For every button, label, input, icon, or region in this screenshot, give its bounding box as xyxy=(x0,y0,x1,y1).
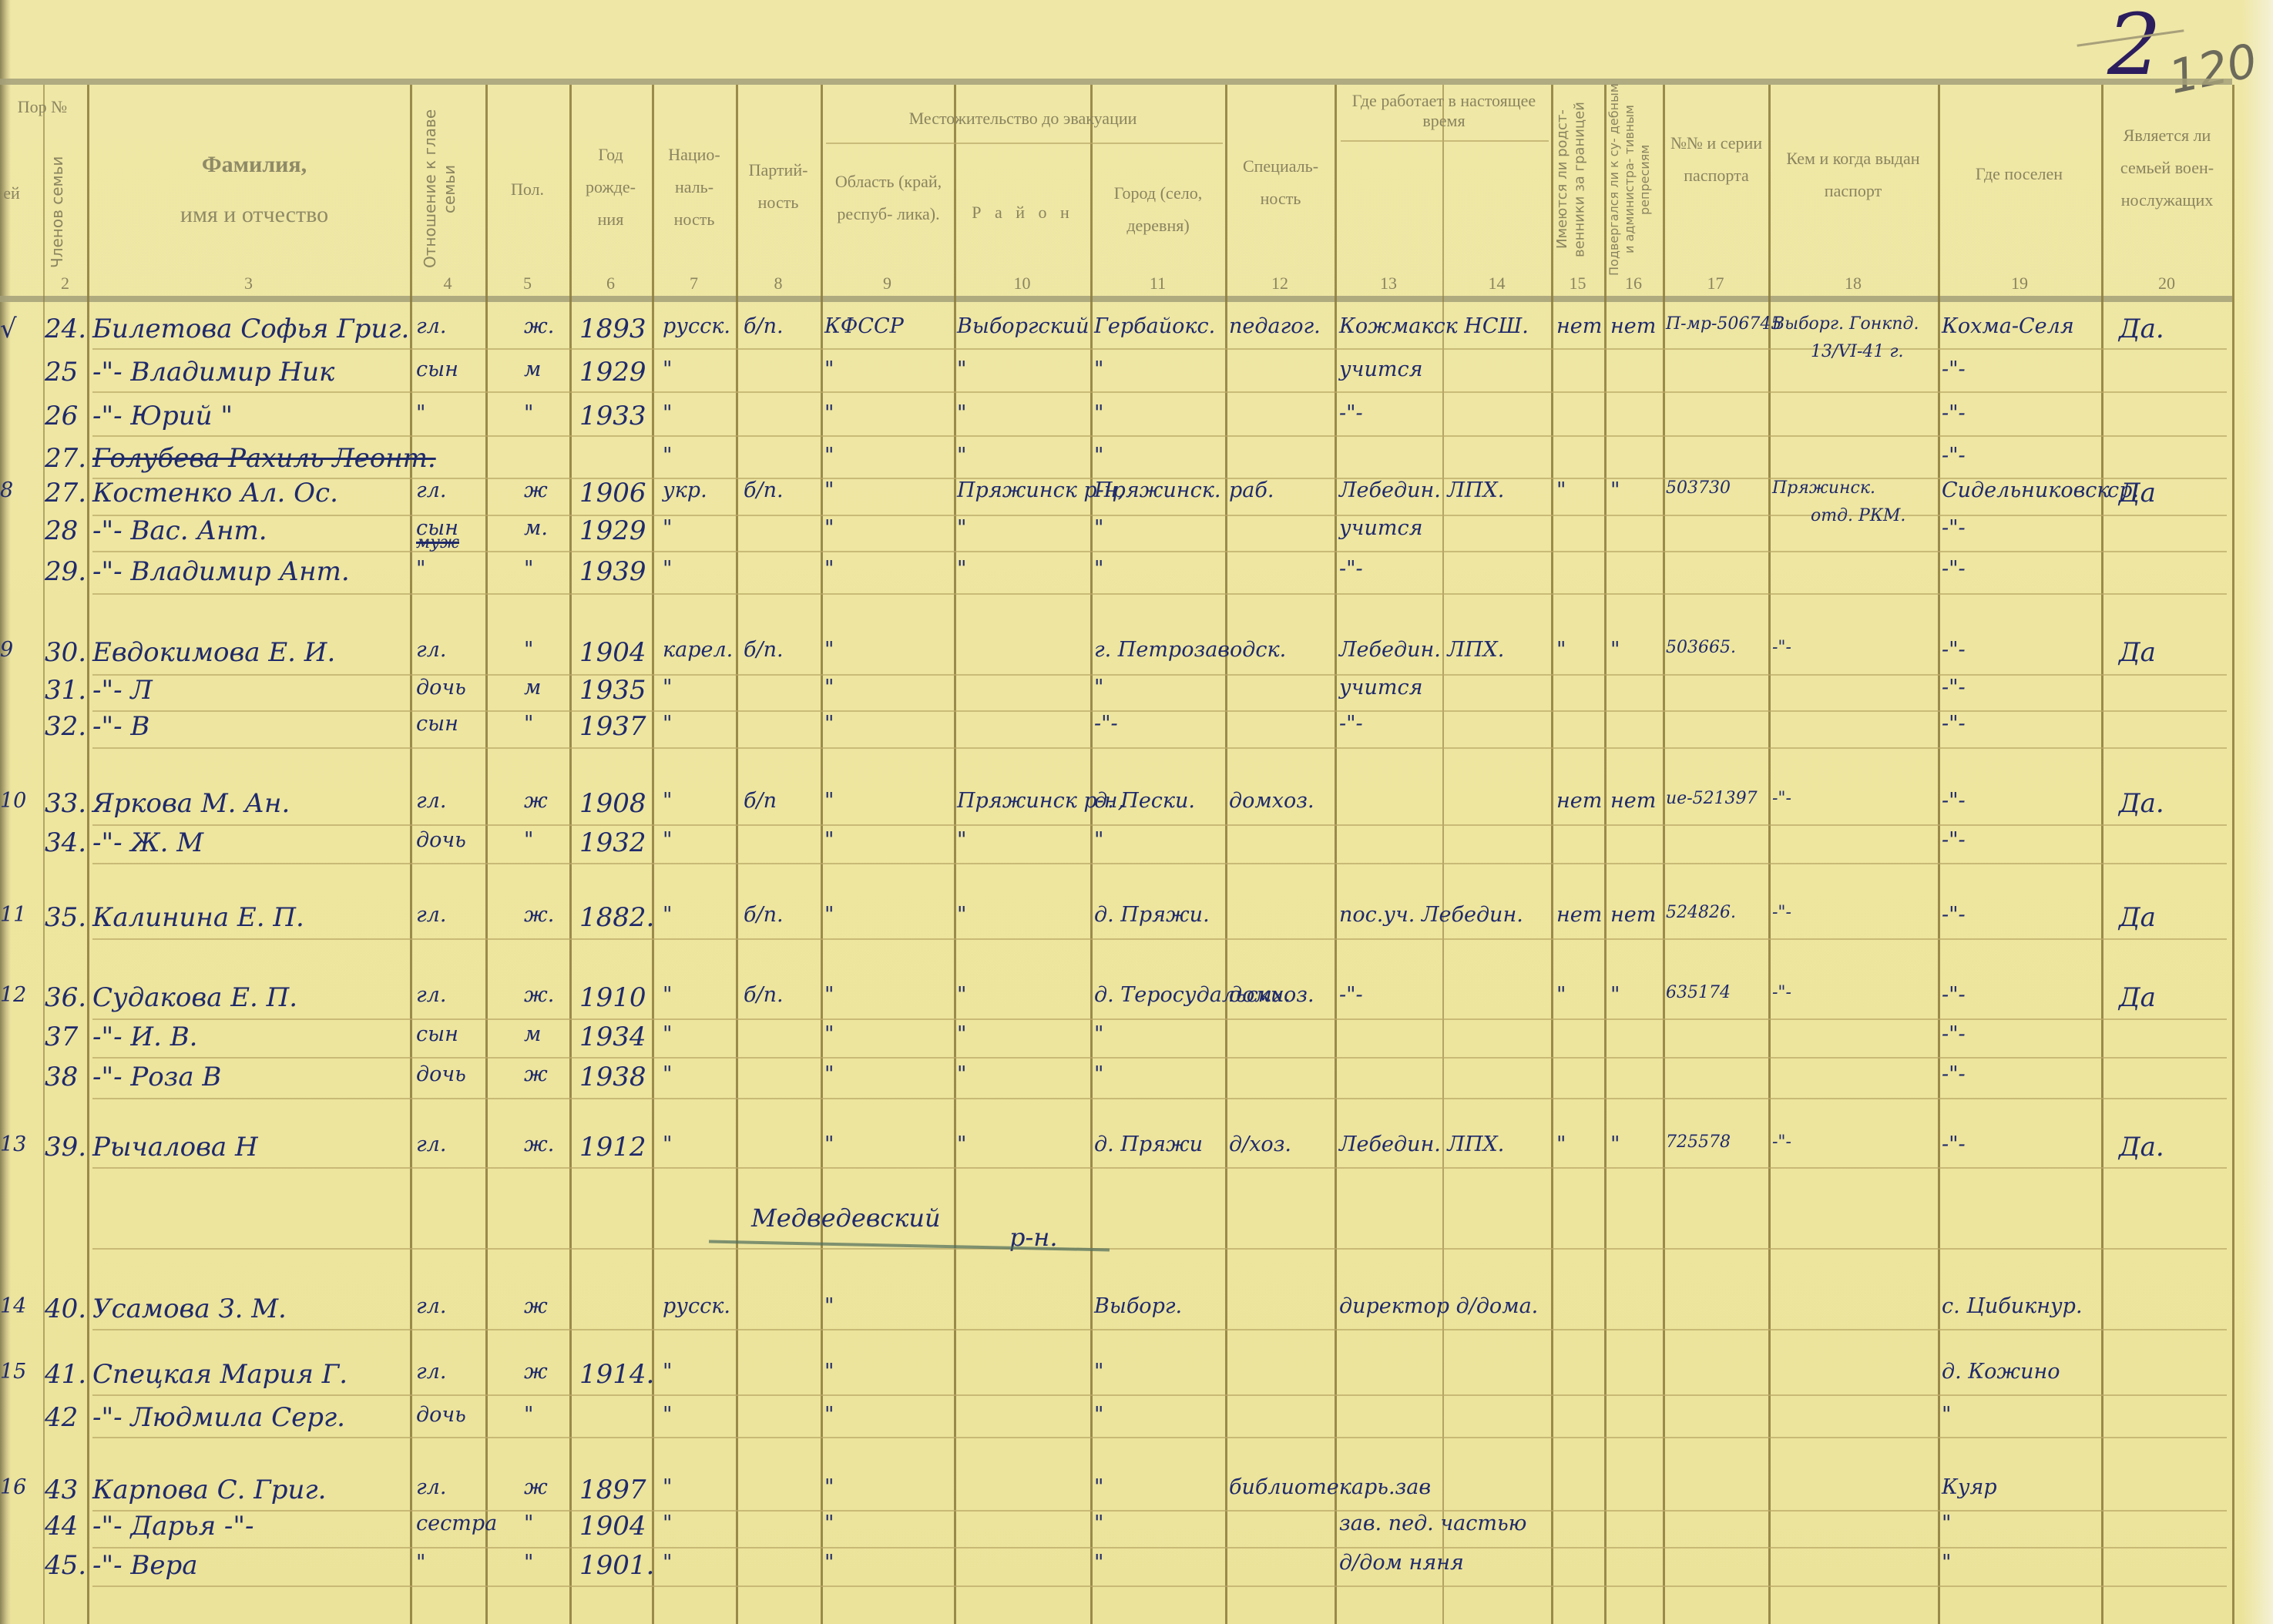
military-family: Да. xyxy=(2119,790,2164,817)
row-rule xyxy=(92,1437,2227,1438)
relatives-abroad: нет xyxy=(1556,904,1602,925)
column-number: 4 xyxy=(410,273,485,294)
column-number: 12 xyxy=(1225,273,1335,294)
oblast: " xyxy=(824,359,834,380)
city: -"- xyxy=(1094,713,1118,734)
nationality: " xyxy=(663,1134,672,1155)
sex: ж xyxy=(524,1296,548,1317)
nationality: " xyxy=(663,1024,672,1045)
column-number: 9 xyxy=(821,273,954,294)
city: " xyxy=(1094,559,1103,579)
relation: гл. xyxy=(416,480,446,501)
birth-year: 1939 xyxy=(579,559,646,585)
column-divider xyxy=(736,85,738,1624)
birth-year: 1882. xyxy=(579,904,654,931)
header-col20: Является ли семьей воен- нослужащих xyxy=(2103,119,2231,216)
birth-year: 1934 xyxy=(579,1024,646,1050)
city: Пряжинск. xyxy=(1094,480,1220,501)
full-name: Костенко Ал. Ос. xyxy=(92,480,338,506)
sex: м xyxy=(524,1024,541,1045)
birth-year: 1932 xyxy=(579,830,646,856)
repressed: " xyxy=(1610,985,1620,1005)
full-name: -"- Ж. М xyxy=(92,830,203,856)
family-number: 12 xyxy=(0,985,26,1005)
member-number: 43 xyxy=(45,1477,78,1503)
settled-place-suffix: ср. xyxy=(2107,480,2139,501)
family-number: 13 xyxy=(0,1134,26,1155)
passport-number: 524826. xyxy=(1666,904,1736,921)
member-number: 24. xyxy=(45,316,86,342)
sex: " xyxy=(524,403,533,424)
settled-place: " xyxy=(1942,1552,1951,1573)
specialty: домхоз. xyxy=(1229,790,1314,811)
relation: гл. xyxy=(416,1477,446,1498)
birth-year: 1908 xyxy=(579,790,646,817)
full-name: -"- Дарья -"- xyxy=(92,1513,254,1539)
family-number: 15 xyxy=(0,1361,26,1382)
row-rule xyxy=(92,1098,2227,1099)
workplace: -"- xyxy=(1339,985,1363,1005)
header-col9: Область (край, респуб- лика). xyxy=(823,166,954,230)
oblast: " xyxy=(824,445,834,466)
sex: м xyxy=(524,359,541,380)
row-rule xyxy=(92,938,2227,940)
family-number: 16 xyxy=(0,1477,26,1498)
workplace: -"- xyxy=(1339,713,1363,734)
header-bottom-rule xyxy=(0,296,2232,302)
repressed: " xyxy=(1610,639,1620,660)
full-name: -"- Вера xyxy=(92,1552,198,1579)
relation: гл. xyxy=(416,1361,446,1382)
passport-number: 635174 xyxy=(1666,985,1731,1002)
nationality: " xyxy=(663,790,672,811)
city: " xyxy=(1094,1404,1103,1425)
military-family: Да xyxy=(2119,904,2156,931)
sex: ж. xyxy=(524,316,554,337)
sex: м. xyxy=(524,518,548,539)
settled-place: Кохма-Селя xyxy=(1942,316,2074,337)
workplace: Лебедин. ЛПХ. xyxy=(1339,1134,1504,1155)
column-divider xyxy=(1551,85,1553,1624)
relation: сын xyxy=(416,359,458,380)
city: Гербайокс. xyxy=(1094,316,1215,337)
birth-year: 1906 xyxy=(579,480,646,506)
row-rule xyxy=(92,1547,2227,1549)
nationality: " xyxy=(663,713,672,734)
nationality: " xyxy=(663,1361,672,1382)
rayon: " xyxy=(957,1134,966,1155)
row-rule xyxy=(92,747,2227,749)
header-col16: Подвергался ли к су- дебным и администра… xyxy=(1607,83,1660,276)
birth-year: 1893 xyxy=(579,316,646,342)
nationality: карел. xyxy=(663,639,733,660)
row-rule xyxy=(92,1394,2227,1396)
relation: сын xyxy=(416,1024,458,1045)
passport-number: 503665. xyxy=(1666,639,1736,656)
column-divider xyxy=(1604,85,1607,1624)
rayon: " xyxy=(957,1024,966,1045)
oblast: " xyxy=(824,985,834,1005)
city: " xyxy=(1094,830,1103,851)
sex: " xyxy=(524,559,533,579)
column-divider xyxy=(1225,85,1227,1624)
column-divider xyxy=(821,85,823,1624)
ledger-page: 2 120 Пор № ей Членов семьи Фамилия, имя… xyxy=(0,0,2273,1624)
header-group-residence: Местожительство до эвакуации xyxy=(821,102,1225,135)
city: " xyxy=(1094,1064,1103,1085)
column-divider xyxy=(652,85,654,1624)
header-col18: Кем и когда выдан паспорт xyxy=(1772,143,1934,207)
oblast: " xyxy=(824,1361,834,1382)
full-name: -"- Владимир Ант. xyxy=(92,559,350,585)
specialty: д/хоз. xyxy=(1229,1134,1291,1155)
settled-place: Сидельниковск xyxy=(1942,480,2110,501)
member-number: 27. xyxy=(45,480,86,506)
family-number: 8 xyxy=(0,480,13,501)
workplace: -"- xyxy=(1339,403,1363,424)
oblast: " xyxy=(824,559,834,579)
nationality: " xyxy=(663,445,672,466)
relation: дочь xyxy=(416,830,466,851)
rayon: " xyxy=(957,1064,966,1085)
rayon: " xyxy=(957,904,966,925)
row-rule xyxy=(92,593,2227,595)
birth-year: 1904 xyxy=(579,1513,646,1539)
relatives-abroad: нет xyxy=(1556,316,1602,337)
rayon: " xyxy=(957,445,966,466)
military-family: Да. xyxy=(2119,1134,2164,1160)
workplace: пос.уч. Лебедин. xyxy=(1339,904,1523,925)
family-number: 9 xyxy=(0,639,13,660)
nationality: " xyxy=(663,830,672,851)
family-number: 10 xyxy=(0,790,26,811)
header-group-rule xyxy=(826,143,1223,144)
passport-issued-by: -"- xyxy=(1772,904,1791,921)
full-name: Карпова С. Григ. xyxy=(92,1477,326,1503)
column-number: 19 xyxy=(1938,273,2101,294)
header-col7: Нацио- наль- ность xyxy=(656,139,732,235)
birth-year: 1904 xyxy=(579,639,646,666)
birth-year: 1897 xyxy=(579,1477,646,1503)
header-col17: №№ и серии паспорта xyxy=(1664,127,1768,192)
column-number: 8 xyxy=(736,273,821,294)
full-name: -"- И. В. xyxy=(92,1024,197,1050)
city: " xyxy=(1094,1361,1103,1382)
full-name: Голубева Рахиль Леонт. xyxy=(92,445,436,471)
nationality: " xyxy=(663,1477,672,1498)
column-number: 6 xyxy=(569,273,652,294)
nationality: " xyxy=(663,1513,672,1534)
header-col5: Пол. xyxy=(485,173,569,206)
relatives-abroad: " xyxy=(1556,1134,1566,1155)
workplace: Лебедин. ЛПХ. xyxy=(1339,480,1504,501)
header-col10: Р а й о н xyxy=(955,196,1090,229)
settled-place: " xyxy=(1942,1404,1951,1425)
member-number: 38 xyxy=(45,1064,78,1090)
passport-issued-by: -"- xyxy=(1772,1134,1791,1151)
city: " xyxy=(1094,1477,1103,1498)
member-number: 44 xyxy=(45,1513,78,1539)
workplace: зав. пед. частью xyxy=(1339,1513,1526,1534)
header-col19: Где поселен xyxy=(1940,158,2098,190)
city: д. Пряжи. xyxy=(1094,904,1210,925)
sex: ж xyxy=(524,1361,548,1382)
rayon: Выборгский xyxy=(957,316,1089,337)
member-number: 29. xyxy=(45,559,86,585)
relation: гл. xyxy=(416,316,446,337)
repressed: " xyxy=(1610,480,1620,501)
city: " xyxy=(1094,445,1103,466)
row-rule xyxy=(92,551,2227,552)
settled-place: д. Кожино xyxy=(1942,1361,2060,1382)
rayon: " xyxy=(957,830,966,851)
full-name: Рычалова Н xyxy=(92,1134,258,1160)
row-rule xyxy=(92,348,2227,350)
oblast: " xyxy=(824,518,834,539)
row-rule xyxy=(92,863,2227,864)
passport-issued-date: отд. РКМ. xyxy=(1811,508,1905,525)
settled-place: -"- xyxy=(1942,830,1966,851)
birth-year: 1933 xyxy=(579,403,646,429)
oblast: " xyxy=(824,904,834,925)
sex: м xyxy=(524,677,541,698)
repressed: " xyxy=(1610,1134,1620,1155)
header-col12: Специаль- ность xyxy=(1227,150,1335,215)
nationality: укр. xyxy=(663,480,707,501)
birth-year: 1929 xyxy=(579,359,646,385)
row-rule xyxy=(92,435,2227,437)
row-rule xyxy=(92,1018,2227,1020)
workplace: Кожмакск НСШ. xyxy=(1339,316,1529,337)
settled-place: -"- xyxy=(1942,639,1966,660)
settled-place: " xyxy=(1942,1513,1951,1534)
rayon: " xyxy=(957,518,966,539)
city: " xyxy=(1094,359,1103,380)
party: б/п. xyxy=(744,985,784,1005)
city: " xyxy=(1094,403,1103,424)
sex: " xyxy=(524,639,533,660)
header-top-rule xyxy=(0,79,2232,85)
settled-place: -"- xyxy=(1942,1064,1966,1085)
member-number: 45. xyxy=(45,1552,86,1579)
passport-number: ие-521397 xyxy=(1666,790,1758,807)
settled-place: Куяр xyxy=(1942,1477,1997,1498)
column-number: 13 xyxy=(1335,273,1442,294)
column-number: 10 xyxy=(954,273,1090,294)
header-col6: Год рожде- ния xyxy=(574,139,647,235)
workplace: учится xyxy=(1339,677,1422,698)
settled-place: -"- xyxy=(1942,359,1966,380)
specialty: педагог. xyxy=(1229,316,1321,337)
city: " xyxy=(1094,1024,1103,1045)
sex: ж xyxy=(524,790,548,811)
settled-place: -"- xyxy=(1942,677,1966,698)
nationality: " xyxy=(663,1404,672,1425)
settled-place: -"- xyxy=(1942,713,1966,734)
settled-place: -"- xyxy=(1942,790,1966,811)
column-divider xyxy=(1938,85,1940,1624)
header-col1-top: Пор № xyxy=(0,91,85,123)
relatives-abroad: " xyxy=(1556,639,1566,660)
relation: дочь xyxy=(416,677,466,698)
nationality: " xyxy=(663,518,672,539)
oblast: " xyxy=(824,1477,834,1498)
nationality: " xyxy=(663,677,672,698)
workplace: Лебедин. ЛПХ. xyxy=(1339,639,1504,660)
column-divider xyxy=(1090,85,1093,1624)
row-rule xyxy=(92,391,2227,393)
relation: сестра xyxy=(416,1513,497,1534)
column-divider xyxy=(954,85,956,1624)
full-name: -"- Л xyxy=(92,677,153,703)
settled-place: -"- xyxy=(1942,403,1966,424)
column-divider xyxy=(2232,85,2234,1624)
party: б/п. xyxy=(744,904,784,925)
oblast: " xyxy=(824,480,834,501)
relation: гл. xyxy=(416,1134,446,1155)
specialty: раб. xyxy=(1229,480,1274,501)
column-divider xyxy=(1663,85,1665,1624)
city: д. Пески. xyxy=(1094,790,1195,811)
column-divider xyxy=(87,85,89,1624)
passport-issued-by: Выборг. Гонкпд. xyxy=(1772,316,1919,333)
relation: гл. xyxy=(416,790,446,811)
relatives-abroad: " xyxy=(1556,985,1566,1005)
sex: ж. xyxy=(524,904,554,925)
oblast: " xyxy=(824,790,834,811)
oblast: " xyxy=(824,713,834,734)
passport-number: 725578 xyxy=(1666,1134,1731,1151)
rayon: " xyxy=(957,359,966,380)
district-note: Медведевский xyxy=(751,1206,941,1230)
member-number: 25 xyxy=(45,359,78,385)
row-rule xyxy=(92,824,2227,826)
member-number: 34. xyxy=(45,830,86,856)
sex: " xyxy=(524,713,533,734)
relation: сын xyxy=(416,713,458,734)
birth-year: 1912 xyxy=(579,1134,646,1160)
full-name: Усамова З. М. xyxy=(92,1296,287,1322)
nationality: русск. xyxy=(663,316,730,337)
birth-year: 1937 xyxy=(579,713,646,740)
oblast: " xyxy=(824,1404,834,1425)
member-number: 37 xyxy=(45,1024,78,1050)
header-group-work: Где работает в настоящее время xyxy=(1337,91,1551,132)
military-family: Да xyxy=(2119,985,2156,1011)
oblast: " xyxy=(824,1134,834,1155)
city: Выборг. xyxy=(1094,1296,1182,1317)
birth-year: 1935 xyxy=(579,677,646,703)
sex: ж. xyxy=(524,1134,554,1155)
birth-year: 1901. xyxy=(579,1552,654,1579)
sex: " xyxy=(524,1404,533,1425)
column-divider xyxy=(569,85,572,1624)
row-rule xyxy=(92,1510,2227,1512)
settled-place: с. Цибикнур. xyxy=(1942,1296,2083,1317)
passport-issued-by: -"- xyxy=(1772,639,1791,656)
family-number: 11 xyxy=(0,904,26,925)
city: " xyxy=(1094,1513,1103,1534)
oblast: " xyxy=(824,1552,834,1573)
relation: гл. xyxy=(416,1296,446,1317)
settled-place: -"- xyxy=(1942,1024,1966,1045)
header-col2: Членов семьи xyxy=(48,150,79,273)
member-number: 42 xyxy=(45,1404,78,1431)
column-number: 17 xyxy=(1663,273,1768,294)
nationality: " xyxy=(663,985,672,1005)
settled-place: -"- xyxy=(1942,445,1966,466)
column-number: 18 xyxy=(1768,273,1938,294)
rayon: " xyxy=(957,985,966,1005)
member-number: 26 xyxy=(45,403,78,429)
full-name: Спецкая Мария Г. xyxy=(92,1361,347,1387)
oblast: " xyxy=(824,677,834,698)
oblast: " xyxy=(824,1296,834,1317)
full-name: Билетова Софья Григ. xyxy=(92,316,409,342)
relation: " xyxy=(416,1552,425,1573)
relation: " xyxy=(416,559,425,579)
header-col8: Партий- ность xyxy=(740,154,817,219)
column-divider xyxy=(1335,85,1337,1624)
oblast: " xyxy=(824,830,834,851)
relation-struck: муж xyxy=(416,535,459,552)
column-number: 14 xyxy=(1442,273,1551,294)
header-col15: Имеются ли родст- венники за границей xyxy=(1554,83,1602,276)
member-number: 41. xyxy=(45,1361,86,1387)
nationality: " xyxy=(663,1552,672,1573)
member-number: 28 xyxy=(45,518,78,544)
full-name: -"- В xyxy=(92,713,149,740)
passport-number: 503730 xyxy=(1666,480,1731,497)
passport-issued-date: 13/VI-41 г. xyxy=(1811,344,1904,361)
sex: " xyxy=(524,1552,533,1573)
relation: гл. xyxy=(416,904,446,925)
full-name: -"- Владимир Ник xyxy=(92,359,334,385)
column-number: 11 xyxy=(1090,273,1225,294)
settled-place: -"- xyxy=(1942,518,1966,539)
military-family: Да xyxy=(2119,639,2156,666)
settled-place: -"- xyxy=(1942,559,1966,579)
relatives-abroad: нет xyxy=(1556,790,1602,811)
repressed: нет xyxy=(1610,904,1656,925)
sex: " xyxy=(524,830,533,851)
oblast: " xyxy=(824,403,834,424)
birth-year: 1914. xyxy=(579,1361,654,1387)
full-name: Евдокимова Е. И. xyxy=(92,639,335,666)
column-divider xyxy=(410,85,412,1624)
header-col4: Отношение к главе семьи xyxy=(421,96,475,281)
full-name: -"- Юрий " xyxy=(92,403,233,429)
birth-year: 1938 xyxy=(579,1064,646,1090)
family-number: 14 xyxy=(0,1296,26,1317)
birth-year: 1929 xyxy=(579,518,646,544)
workplace: -"- xyxy=(1339,559,1363,579)
passport-issued-by: -"- xyxy=(1772,790,1791,807)
member-number: 35. xyxy=(45,904,86,931)
column-number: 16 xyxy=(1604,273,1663,294)
city: " xyxy=(1094,677,1103,698)
oblast: " xyxy=(824,1024,834,1045)
relation: гл. xyxy=(416,985,446,1005)
column-divider xyxy=(485,85,488,1624)
full-name: Судакова Е. П. xyxy=(92,985,297,1011)
birth-year: 1910 xyxy=(579,985,646,1011)
nationality: " xyxy=(663,1064,672,1085)
passport-number: П-мр-506745 xyxy=(1666,316,1781,333)
party: б/п xyxy=(744,790,777,811)
workplace: директор д/дома. xyxy=(1339,1296,1538,1317)
city: " xyxy=(1094,1552,1103,1573)
